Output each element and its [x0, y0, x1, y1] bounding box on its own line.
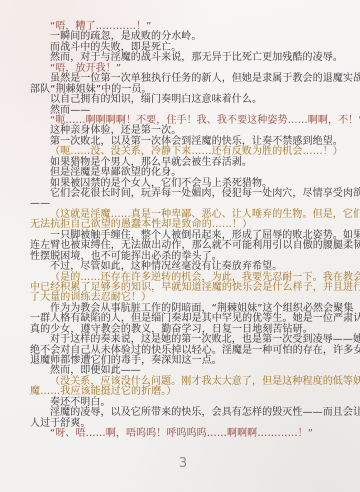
text-line: 它们会花很长时间，玩弄每一处媚肉，侵犯每一处肉穴，尽情享受肉欲: [30, 189, 336, 199]
page-number: 3: [30, 456, 336, 471]
page-text: “唔，糟了…………！”一瞬间的疏忽，是成败的分水岭。而战斗中的失败，即是死亡。然…: [30, 22, 336, 440]
text-line: 但是淫魔是卑鄙欲望的化身。: [30, 168, 336, 178]
novel-page: “唔，糟了…………！”一瞬间的疏忽，是成败的分水岭。而战斗中的失败，即是死亡。然…: [0, 0, 360, 492]
text-line: “呀、唔……啊，唔呜呜！呼呜呜呜……啊啊啊…………！”: [30, 429, 336, 439]
text-line: 不过，尽管如此，这种情况丝毫没有让奏放弃希望。: [30, 262, 336, 272]
text-line: 以自己拥有的知识，缁门奏明白这意味着什么。: [30, 95, 336, 105]
text-line: 对于这样的奏来说，这是她的第一次败北，也是第一次受到凌辱——她: [30, 335, 336, 345]
